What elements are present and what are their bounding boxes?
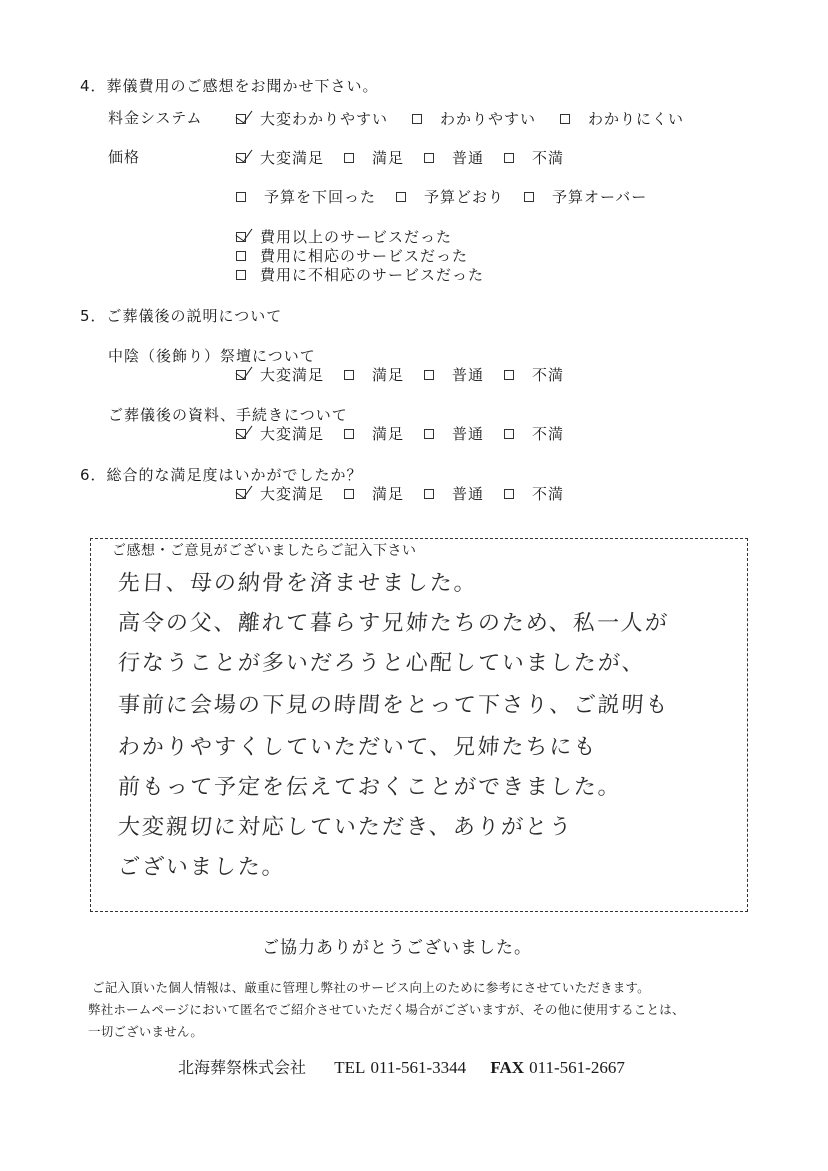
checkbox-icon[interactable]: [504, 370, 514, 380]
option-on-budget[interactable]: 予算どおり: [396, 186, 504, 207]
option-very-satisfied[interactable]: 大変満足: [236, 147, 324, 168]
checkbox-icon[interactable]: [396, 192, 406, 202]
question-6-title: 6．総合的な満足度はいかがでしたか？: [80, 464, 363, 485]
price-value-option-2[interactable]: 費用に相応のサービスだった: [236, 245, 468, 266]
price-satisfaction-options: 大変満足 満足 普通 不満: [236, 147, 564, 168]
tel-label: TEL: [334, 1058, 365, 1077]
option-under-budget[interactable]: 予算を下回った: [236, 186, 376, 207]
option-very-satisfied[interactable]: 大変満足: [236, 483, 324, 504]
checkbox-icon[interactable]: [236, 270, 246, 280]
handwritten-line: 前もって予定を伝えておくことができました。: [117, 770, 623, 801]
checkbox-icon[interactable]: [560, 114, 570, 124]
option-unclear[interactable]: わかりにくい: [560, 108, 684, 129]
company-name: 北海葬祭株式会社: [178, 1058, 306, 1077]
option-dissatisfied[interactable]: 不満: [504, 483, 564, 504]
comment-box-label: ご感想・ご意見がございましたらご記入下さい: [112, 540, 417, 560]
handwritten-line: 先日、母の納骨を済ませました。: [117, 566, 479, 597]
documents-label: ご葬儀後の資料、手続きについて: [108, 404, 348, 425]
option-dissatisfied[interactable]: 不満: [504, 423, 564, 444]
price-value-option-1[interactable]: 費用以上のサービスだった: [236, 226, 452, 247]
checkbox-checked-icon[interactable]: [236, 232, 246, 242]
checkbox-icon[interactable]: [504, 429, 514, 439]
option-satisfied[interactable]: 満足: [344, 483, 404, 504]
option-very-satisfied[interactable]: 大変満足: [236, 423, 324, 444]
question-5-title: 5．ご葬儀後の説明について: [80, 305, 282, 326]
option-over-budget[interactable]: 予算オーバー: [524, 186, 647, 207]
option-dissatisfied[interactable]: 不満: [504, 147, 564, 168]
price-label: 価格: [108, 146, 140, 167]
option-satisfied[interactable]: 満足: [344, 147, 404, 168]
price-budget-options: 予算を下回った 予算どおり 予算オーバー: [236, 186, 647, 207]
option-satisfied[interactable]: 満足: [344, 364, 404, 385]
option-clear[interactable]: わかりやすい: [412, 108, 536, 129]
documents-options: 大変満足 満足 普通 不満: [236, 423, 564, 444]
handwritten-line: わかりやすくしていただいて、兄姉たちにも: [117, 730, 599, 761]
option-satisfied[interactable]: 満足: [344, 423, 404, 444]
option-dissatisfied[interactable]: 不満: [504, 364, 564, 385]
handwritten-line: ございました。: [117, 850, 287, 881]
checkbox-icon[interactable]: [344, 429, 354, 439]
fee-system-label: 料金システム: [108, 107, 203, 128]
price-value-option-3[interactable]: 費用に不相応のサービスだった: [236, 264, 484, 285]
altar-options: 大変満足 満足 普通 不満: [236, 364, 564, 385]
checkbox-icon[interactable]: [524, 192, 534, 202]
checkbox-icon[interactable]: [424, 429, 434, 439]
company-footer: 北海葬祭株式会社 TEL 011-561-3344 FAX 011-561-26…: [178, 1055, 625, 1078]
option-average[interactable]: 普通: [424, 483, 484, 504]
fee-system-options: 大変わかりやすい わかりやすい わかりにくい: [236, 108, 684, 129]
thanks-message: ご協力ありがとうございました。: [262, 933, 532, 958]
checkbox-icon[interactable]: [504, 489, 514, 499]
checkbox-checked-icon[interactable]: [236, 489, 246, 499]
overall-options: 大変満足 満足 普通 不満: [236, 483, 564, 504]
checkbox-icon[interactable]: [412, 114, 422, 124]
checkbox-icon[interactable]: [236, 192, 246, 202]
checkbox-checked-icon[interactable]: [236, 153, 246, 163]
checkbox-icon[interactable]: [424, 153, 434, 163]
handwritten-line: 高令の父、離れて暮らす兄姉たちのため、私一人が: [117, 606, 670, 637]
checkbox-icon[interactable]: [344, 153, 354, 163]
checkbox-checked-icon[interactable]: [236, 370, 246, 380]
checkbox-icon[interactable]: [344, 489, 354, 499]
checkbox-checked-icon[interactable]: [236, 114, 246, 124]
privacy-notice-line: ご記入頂いた個人情報は、厳重に管理し弊社のサービス向上のために参考にさせていただ…: [92, 978, 650, 996]
fax-number: 011-561-2667: [529, 1058, 625, 1077]
fax-label: FAX: [490, 1058, 524, 1077]
checkbox-icon[interactable]: [424, 489, 434, 499]
altar-label: 中陰（後飾り）祭壇について: [108, 345, 316, 366]
handwritten-line: 行なうことが多いだろうと心配していましたが、: [117, 646, 647, 677]
privacy-notice-line: 弊社ホームページにおいて匿名でご紹介させていただく場合がございますが、その他に使…: [88, 1000, 685, 1018]
option-average[interactable]: 普通: [424, 364, 484, 385]
checkbox-checked-icon[interactable]: [236, 429, 246, 439]
question-4-title: 4．葬儀費用のご感想をお聞かせ下さい。: [80, 75, 379, 96]
checkbox-icon[interactable]: [236, 251, 246, 261]
handwritten-line: 大変親切に対応していただき、ありがとう: [117, 810, 574, 841]
option-average[interactable]: 普通: [424, 147, 484, 168]
option-very-clear[interactable]: 大変わかりやすい: [236, 108, 388, 129]
tel-number: 011-561-3344: [370, 1058, 466, 1077]
privacy-notice-line: 一切ございません。: [88, 1022, 203, 1040]
checkbox-icon[interactable]: [344, 370, 354, 380]
checkbox-icon[interactable]: [424, 370, 434, 380]
option-very-satisfied[interactable]: 大変満足: [236, 364, 324, 385]
checkbox-icon[interactable]: [504, 153, 514, 163]
option-average[interactable]: 普通: [424, 423, 484, 444]
handwritten-line: 事前に会場の下見の時間をとって下さり、ご説明も: [117, 688, 671, 719]
